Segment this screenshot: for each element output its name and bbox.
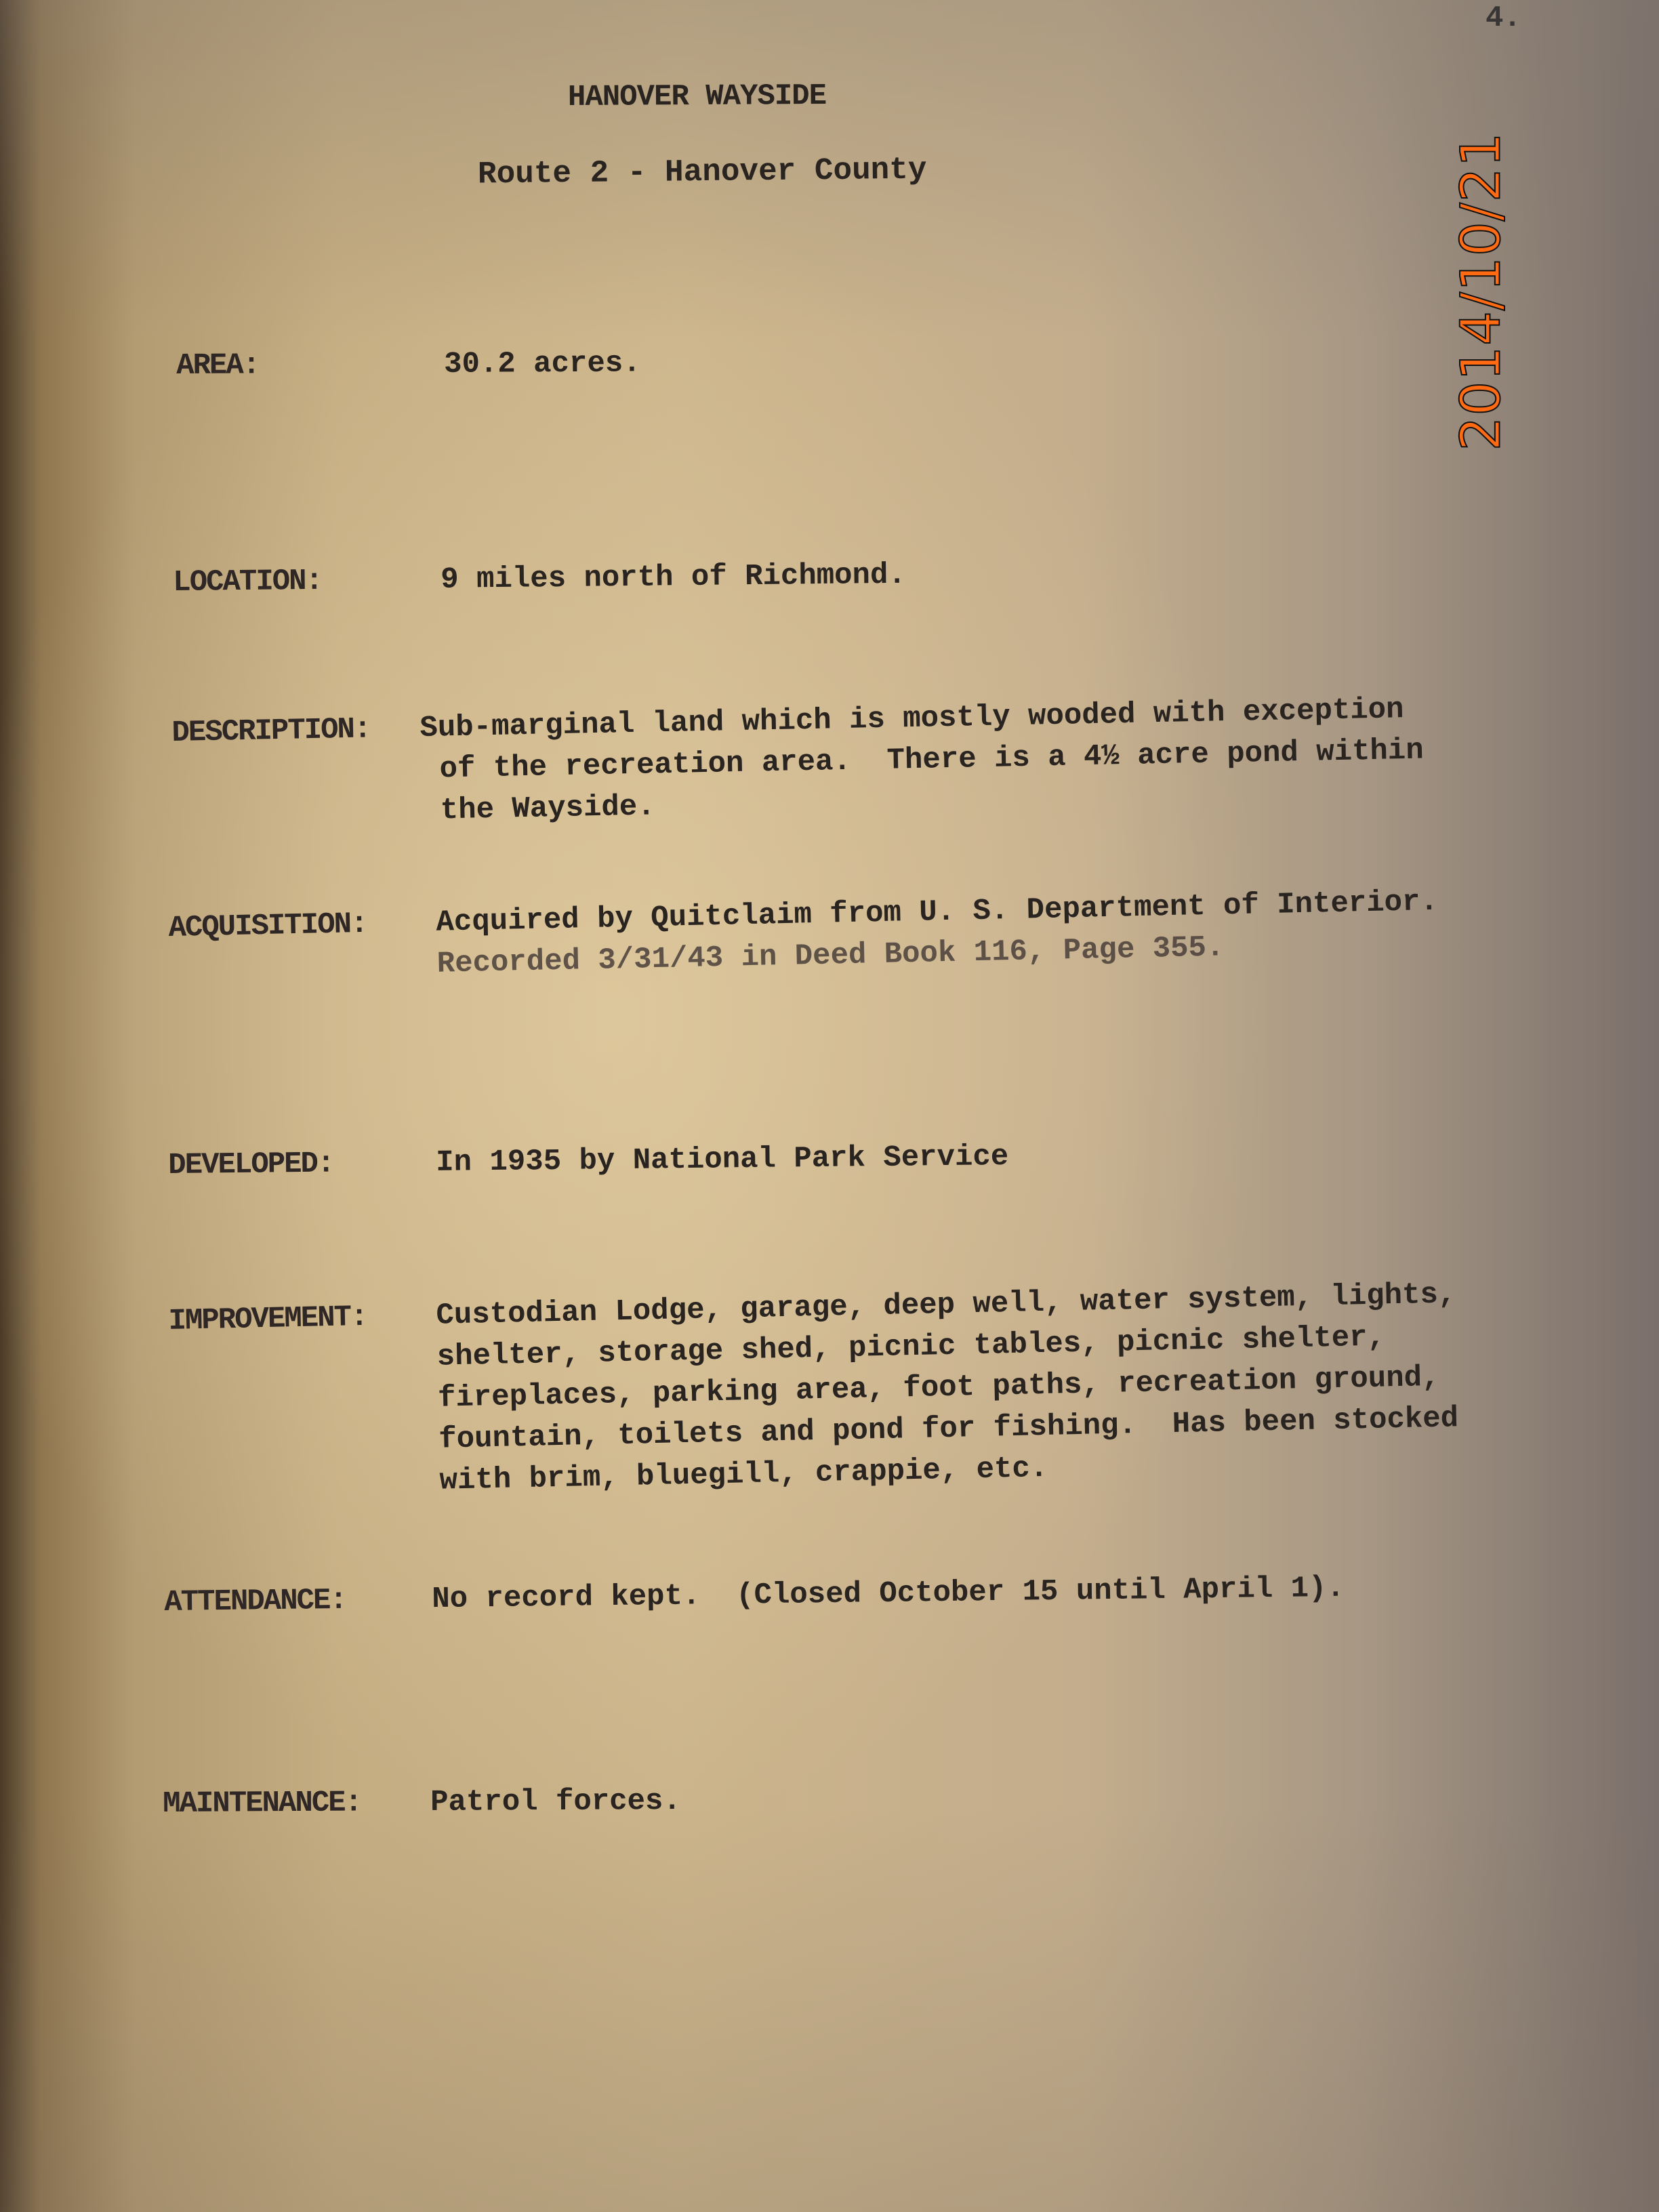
field-value: Acquired by Quitclaim from U. S. Departm…	[436, 882, 1439, 985]
document-title: HANOVER WAYSIDE	[568, 79, 826, 115]
page-shading	[0, 0, 1659, 2212]
field-value: In 1935 by National Park Service	[436, 1136, 1009, 1184]
field-value: No record kept. (Closed October 15 until…	[432, 1568, 1345, 1620]
field-label: IMPROVEMENT:	[168, 1297, 367, 1343]
field-label: ATTENDANCE:	[164, 1580, 346, 1624]
field-label: ACQUISITION:	[168, 904, 367, 949]
field-value: Patrol forces.	[430, 1781, 681, 1824]
field-label: DESCRIPTION:	[171, 709, 371, 754]
page-number: 4.	[1486, 1, 1521, 35]
date-stamp-text: 2014/10/21	[1450, 131, 1513, 451]
field-label: AREA:	[176, 345, 259, 387]
field-label: MAINTENANCE:	[163, 1782, 361, 1825]
field-value: 30.2 acres.	[444, 343, 641, 386]
document-subtitle: Route 2 - Hanover County	[478, 152, 927, 192]
date-stamp: 2014/10/21	[1457, 136, 1504, 447]
field-value: 9 miles north of Richmond.	[441, 555, 906, 601]
field-value: Custodian Lodge, garage, deep well, wate…	[436, 1274, 1460, 1502]
field-label: LOCATION:	[173, 561, 322, 604]
field-label: DEVELOPED:	[168, 1143, 334, 1187]
field-value: Sub-marginal land which is mostly wooded…	[419, 689, 1425, 832]
